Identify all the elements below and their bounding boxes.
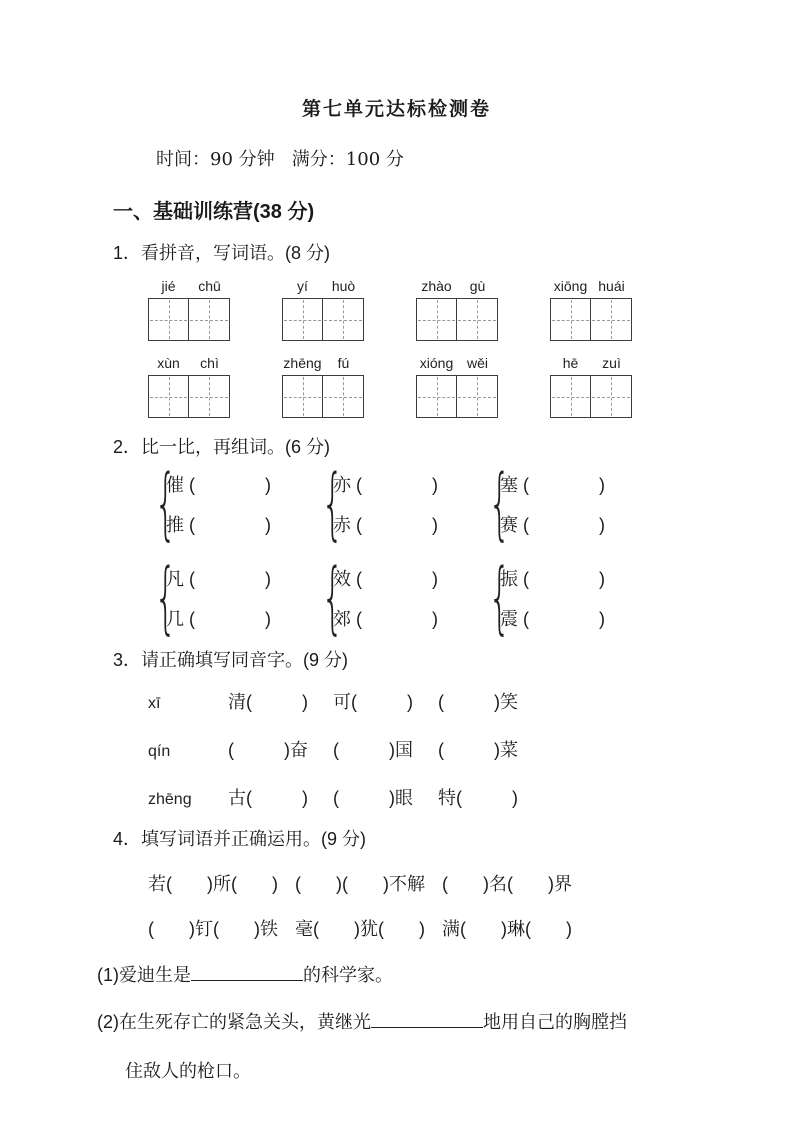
pinyin-syllable: gù (457, 278, 498, 297)
brace-icon: { (154, 566, 161, 630)
idiom-fill-slot: ( )( )不解 (295, 870, 442, 896)
pinyin-syllable: xiōng (550, 278, 591, 297)
fill-item: 特( ) (438, 784, 518, 810)
pair-lines: 效 ( ) 郊 ( ) (333, 565, 438, 631)
brace-icon: { (154, 472, 161, 536)
pinyin-syllable: jié (148, 278, 189, 297)
char-pair-group: { 凡 ( ) 几 ( ) (150, 565, 271, 631)
pinyin-labels: xiōng huái (550, 278, 632, 297)
sentence-item-1: (1)爱迪生是的科学家。 (97, 961, 793, 987)
writing-cell (282, 375, 323, 418)
pinyin-syllable: wěi (457, 355, 498, 374)
fill-item: ( )国 (333, 736, 438, 762)
writing-grid (550, 298, 632, 341)
writing-cell (323, 298, 364, 341)
pair-lines: 亦 ( ) 赤 ( ) (333, 471, 438, 537)
pinyin-labels: zhēng fú (282, 355, 364, 374)
pair-line: 郊 ( ) (333, 605, 438, 631)
sentence-item-2: (2)在生死存亡的紧急关头，黄继光地用自己的胸膛挡 (97, 1008, 793, 1034)
fill-item: ( )菜 (438, 736, 518, 762)
writing-cell (550, 375, 591, 418)
pair-line: 凡 ( ) (166, 565, 271, 591)
pinyin-label: qín (148, 743, 228, 761)
writing-cell (591, 375, 632, 418)
fill-item: ( )奋 (228, 736, 333, 762)
pinyin-row-1: jié chū yí huò z (148, 278, 793, 341)
pair-line: 效 ( ) (333, 565, 438, 591)
writing-grid (282, 375, 364, 418)
pair-lines: 催 ( ) 推 ( ) (166, 471, 271, 537)
pair-line: 赤 ( ) (333, 511, 438, 537)
sentence-suffix: 地用自己的胸膛挡 (483, 1012, 627, 1032)
writing-cell (416, 298, 457, 341)
writing-grid (550, 375, 632, 418)
idiom-row-1: 若( )所( ) ( )( )不解 ( )名( )界 (148, 870, 793, 896)
brace-icon: { (488, 566, 495, 630)
question-1-heading: 1．看拼音，写词语。(8 分) (113, 239, 793, 265)
brace-icon: { (321, 472, 328, 536)
writing-grid (148, 375, 230, 418)
pair-line: 震 ( ) (500, 605, 605, 631)
idiom-fill-slot: ( )钉( )铁 (148, 915, 295, 941)
idiom-fill-slot: 满( )琳( ) (442, 915, 572, 941)
pinyin-word-group: xùn chì (148, 355, 230, 418)
writing-grid (416, 375, 498, 418)
sentence-prefix: (1)爱迪生是 (97, 965, 191, 985)
pair-line: 亦 ( ) (333, 471, 438, 497)
writing-grid (416, 298, 498, 341)
idiom-fill-slot: 若( )所( ) (148, 870, 295, 896)
pair-line: 催 ( ) (166, 471, 271, 497)
pair-line: 推 ( ) (166, 511, 271, 537)
section-1-heading: 一、基础训练营(38 分) (113, 195, 793, 224)
pinyin-word-group: zhào gù (416, 278, 498, 341)
sentence-prefix: (2)在生死存亡的紧急关头，黄继光 (97, 1012, 371, 1032)
pinyin-labels: hē zuì (550, 355, 632, 374)
pinyin-syllable: chì (189, 355, 230, 374)
writing-cell (189, 298, 230, 341)
pinyin-word-group: jié chū (148, 278, 230, 341)
pinyin-labels: zhào gù (416, 278, 498, 297)
question-2-heading: 2．比一比，再组词。(6 分) (113, 433, 793, 459)
pair-lines: 凡 ( ) 几 ( ) (166, 565, 271, 631)
fill-item: 可( ) (333, 688, 438, 714)
pinyin-syllable: yí (282, 278, 323, 297)
char-pair-group: { 亦 ( ) 赤 ( ) (317, 471, 438, 537)
char-pair-group: { 塞 ( ) 赛 ( ) (484, 471, 605, 537)
char-pair-group: { 振 ( ) 震 ( ) (484, 565, 605, 631)
writing-cell (323, 375, 364, 418)
fill-item: ( )笑 (438, 688, 518, 714)
pinyin-syllable: zhēng (282, 355, 323, 374)
idiom-row-2: ( )钉( )铁 毫( )犹( ) 满( )琳( ) (148, 915, 793, 941)
compare-row-1: { 催 ( ) 推 ( ) { 亦 ( ) 赤 ( ) { 塞 ( (150, 471, 793, 537)
answer-blank (191, 966, 303, 981)
pinyin-label: xī (148, 695, 228, 713)
char-pair-group: { 催 ( ) 推 ( ) (150, 471, 271, 537)
pinyin-labels: xùn chì (148, 355, 230, 374)
homophone-row: qín ( )奋 ( )国 ( )菜 (148, 736, 793, 762)
brace-icon: { (321, 566, 328, 630)
writing-grid (282, 298, 364, 341)
test-paper-page: 第七单元达标检测卷 时间：90 分钟 满分：100 分 一、基础训练营(38 分… (0, 0, 793, 1122)
pinyin-syllable: zuì (591, 355, 632, 374)
idiom-fill-slot: ( )名( )界 (442, 870, 572, 896)
pair-line: 几 ( ) (166, 605, 271, 631)
writing-cell (457, 375, 498, 418)
pinyin-syllable: xióng (416, 355, 457, 374)
pinyin-syllable: chū (189, 278, 230, 297)
writing-cell (416, 375, 457, 418)
writing-cell (550, 298, 591, 341)
writing-cell (148, 375, 189, 418)
brace-icon: { (488, 472, 495, 536)
sentence-suffix: 的科学家。 (303, 965, 393, 985)
homophone-row: xī 清( ) 可( ) ( )笑 (148, 688, 793, 714)
writing-cell (148, 298, 189, 341)
fill-item: 清( ) (228, 688, 333, 714)
pair-line: 塞 ( ) (500, 471, 605, 497)
question-4-heading: 4．填写词语并正确运用。(9 分) (113, 825, 793, 851)
pinyin-syllable: huái (591, 278, 632, 297)
pinyin-syllable: zhào (416, 278, 457, 297)
pair-line: 振 ( ) (500, 565, 605, 591)
fill-item: 古( ) (228, 784, 333, 810)
pinyin-word-group: yí huò (282, 278, 364, 341)
pair-line: 赛 ( ) (500, 511, 605, 537)
pinyin-label: zhēng (148, 791, 228, 809)
pinyin-labels: xióng wěi (416, 355, 498, 374)
page-title: 第七单元达标检测卷 (0, 0, 793, 121)
question-3-heading: 3．请正确填写同音字。(9 分) (113, 646, 793, 672)
pinyin-labels: yí huò (282, 278, 364, 297)
pinyin-word-group: hē zuì (550, 355, 632, 418)
pinyin-syllable: fú (323, 355, 364, 374)
writing-cell (457, 298, 498, 341)
fill-item: ( )眼 (333, 784, 438, 810)
pinyin-labels: jié chū (148, 278, 230, 297)
writing-cell (282, 298, 323, 341)
pinyin-word-group: xiōng huái (550, 278, 632, 341)
writing-cell (591, 298, 632, 341)
answer-blank (371, 1013, 483, 1028)
pair-lines: 振 ( ) 震 ( ) (500, 565, 605, 631)
idiom-fill-slot: 毫( )犹( ) (295, 915, 442, 941)
time-score-line: 时间：90 分钟 满分：100 分 (156, 145, 793, 171)
sentence-item-2-continuation: 住敌人的枪口。 (125, 1057, 793, 1083)
pinyin-syllable: xùn (148, 355, 189, 374)
pinyin-syllable: huò (323, 278, 364, 297)
writing-cell (189, 375, 230, 418)
char-pair-group: { 效 ( ) 郊 ( ) (317, 565, 438, 631)
compare-row-2: { 凡 ( ) 几 ( ) { 效 ( ) 郊 ( ) { 振 ( (150, 565, 793, 631)
pinyin-word-group: xióng wěi (416, 355, 498, 418)
writing-grid (148, 298, 230, 341)
pair-lines: 塞 ( ) 赛 ( ) (500, 471, 605, 537)
pinyin-word-group: zhēng fú (282, 355, 364, 418)
pinyin-writing-block: jié chū yí huò z (148, 278, 793, 418)
homophone-row: zhēng 古( ) ( )眼 特( ) (148, 784, 793, 810)
pinyin-row-2: xùn chì zhēng fú (148, 355, 793, 418)
pinyin-syllable: hē (550, 355, 591, 374)
